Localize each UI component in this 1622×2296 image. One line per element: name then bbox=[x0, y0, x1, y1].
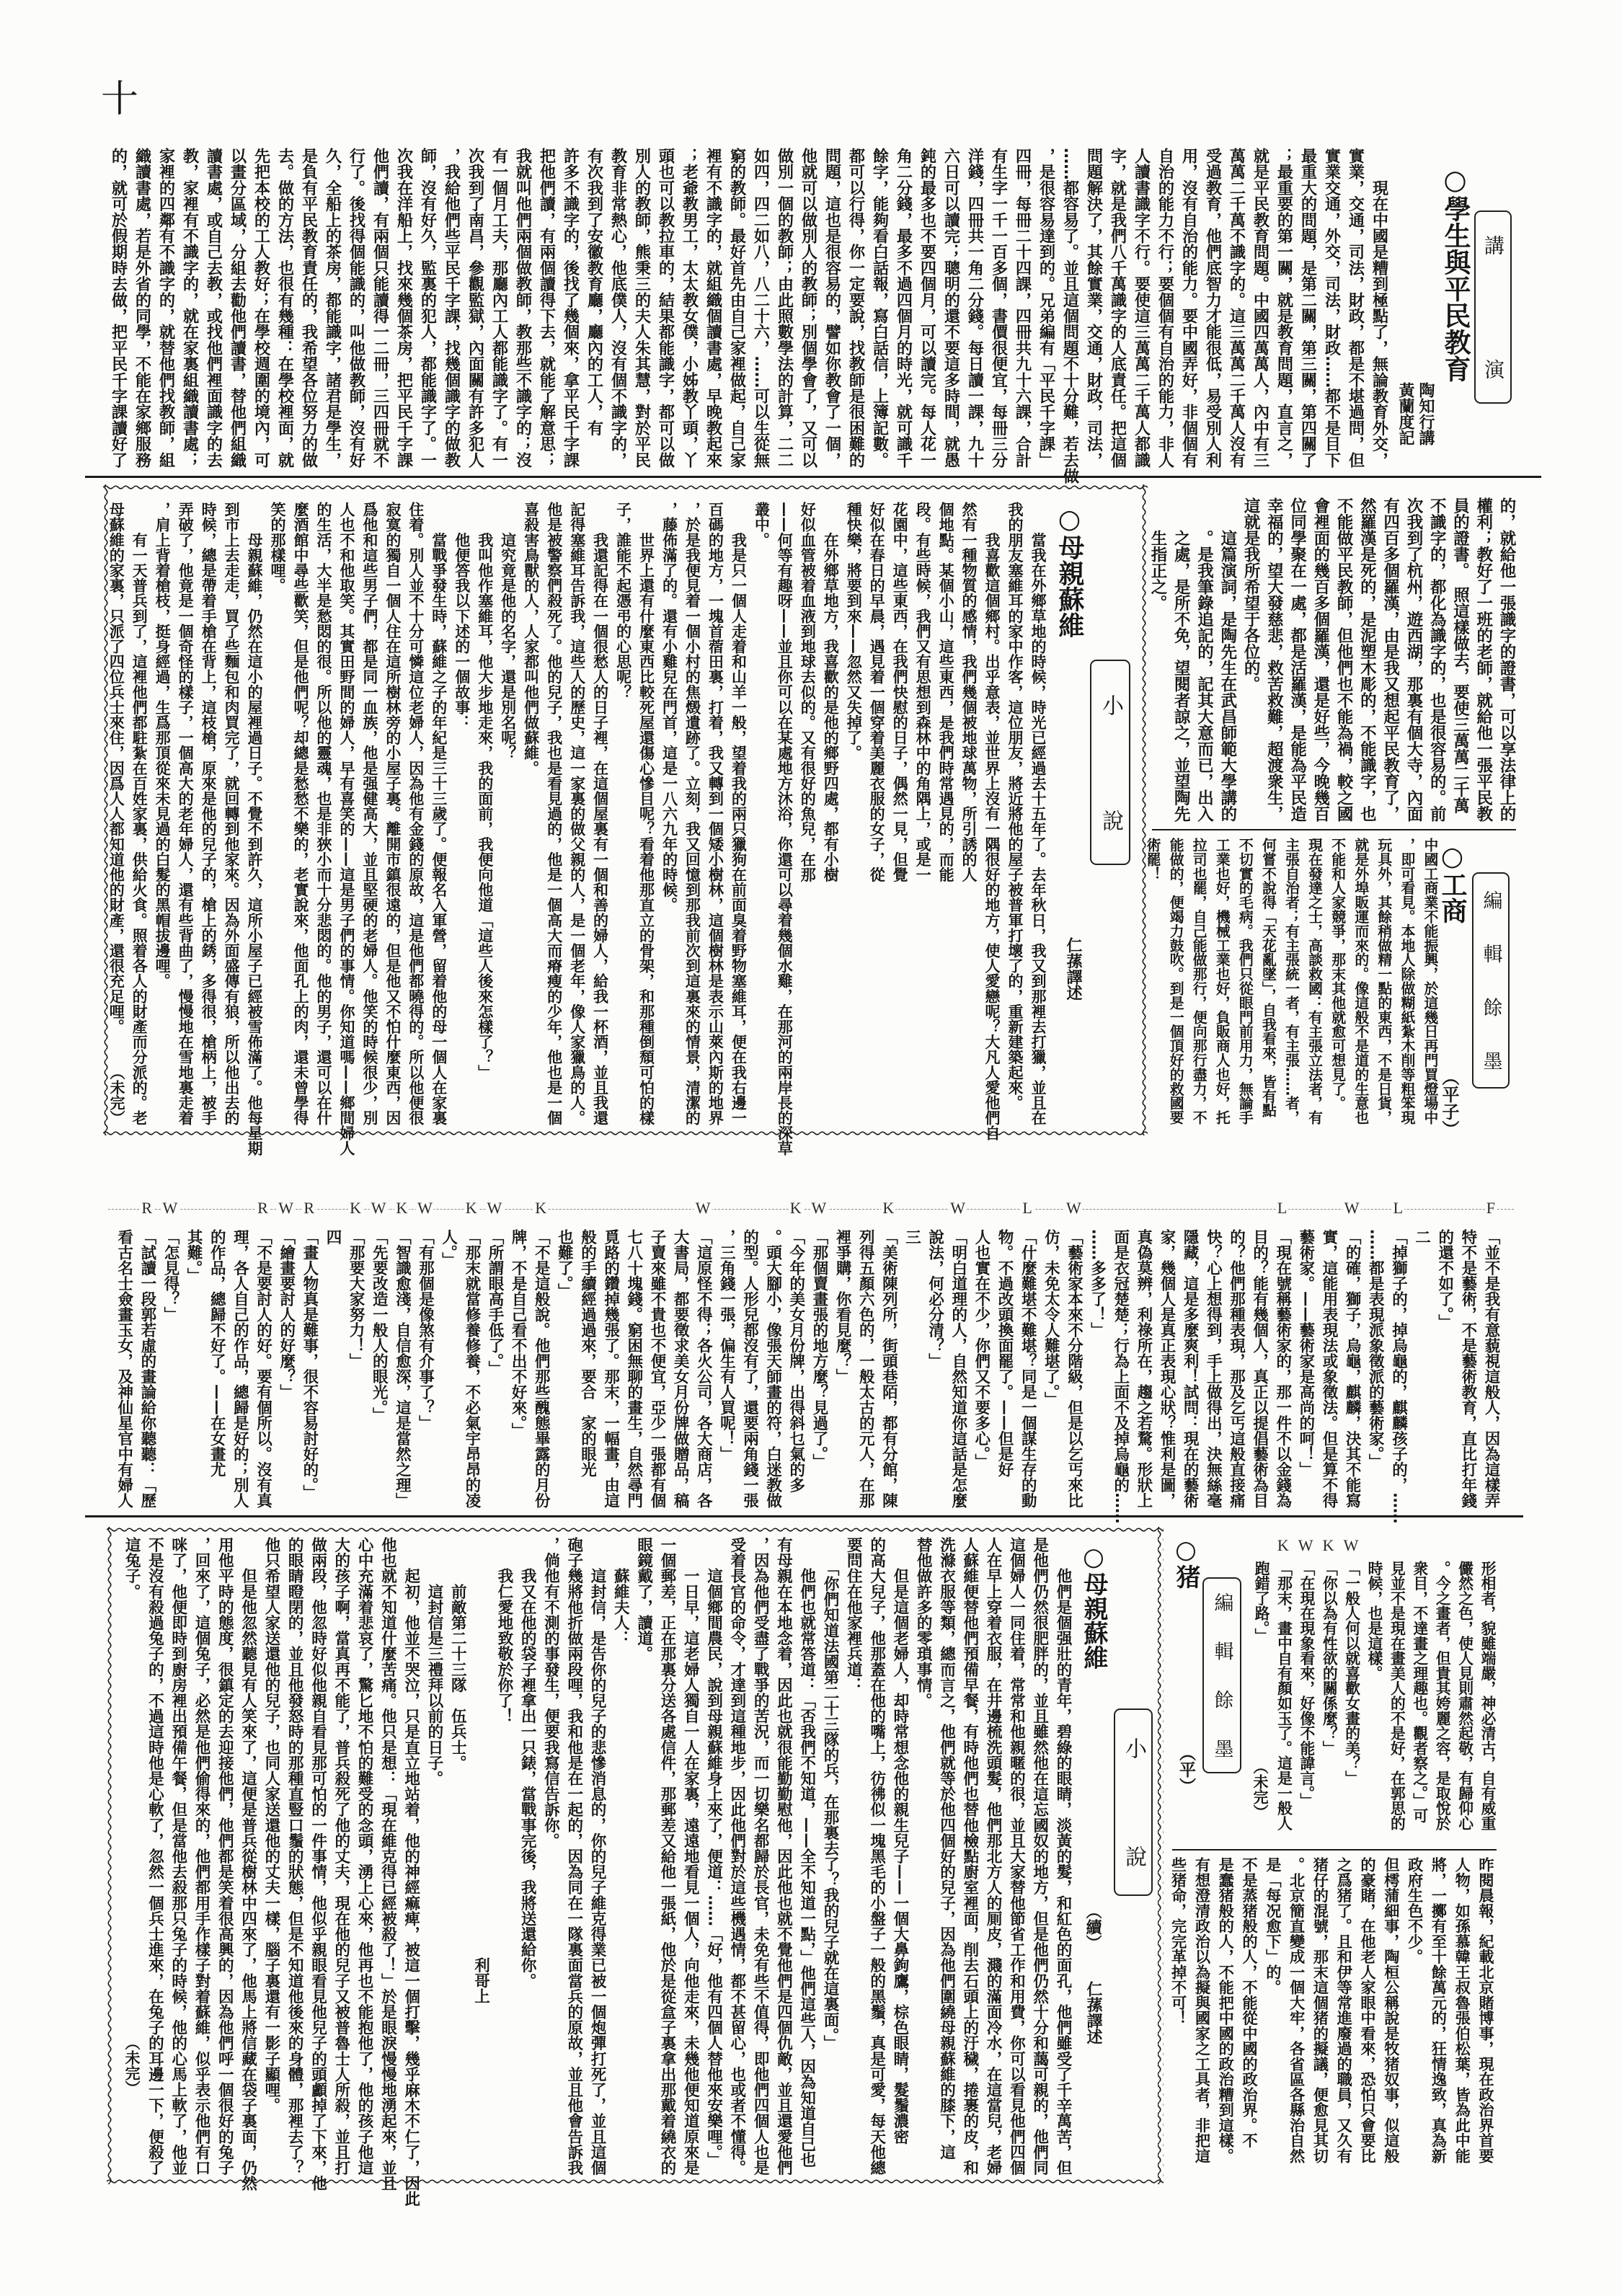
column-text: 的？他們那種表現，那及乞丐這般直接痛 bbox=[1227, 1229, 1245, 1508]
column-text: 員的證書。 照這樣做去，要使三萬萬二千萬 bbox=[1450, 497, 1469, 814]
text-column: 用，沒有自治的能力。要中國弄好，非個個有 bbox=[1176, 148, 1200, 469]
speaker-letter: W bbox=[1343, 1200, 1361, 1216]
text-column: 現在發達之士，高談救國：有主張立法者，有 bbox=[1303, 838, 1326, 1125]
text-column: 做別一個的教師；由此照數學法的計算，二二 bbox=[772, 148, 796, 469]
text-column: 用他平時的態度，很鎮定的去迎接他們，他們都是笑着很高興的，因為他們呼一個很好的兔… bbox=[213, 1537, 236, 2176]
column-text: ，肩上背着槍枝，挺身經過，生爲那頂從來未見過的白髮的黑帽拔邊哩。 bbox=[154, 502, 172, 988]
text-column: 人讀書識字不行。要使這三萬萬二千萬人都識 bbox=[1129, 148, 1153, 469]
column-text: 「美術陳列所，街頭巷陌，都有分館，陳 bbox=[879, 1229, 898, 1508]
column-text: 「的確，獅子，烏龜，麒麟，決其不能寫 bbox=[1343, 1229, 1361, 1508]
column-text: 「這原怪不得；各火公司，各大商店，各 bbox=[694, 1229, 712, 1508]
text-column: 家裡的四鄰有不識字的，就替他們找教師，組 bbox=[154, 148, 177, 469]
column-text: 權利；教好了一班的老師，就給他一張平民教 bbox=[1474, 497, 1493, 822]
text-column: 他也就不知道什麼苦痛。他只是想：「現在維克得已經被殺了！」於是眼淚慢慢地湧起來，… bbox=[376, 1537, 399, 2176]
text-column: 三 bbox=[900, 1229, 923, 1508]
art-dialogue-body: 「並不是我有意藐視這般人，因為這樣弄F特不是藝術，不是藝術教育，直比打年錢的還不… bbox=[112, 1229, 1502, 1508]
text-column: 現在中國是糟到極點了，無論教育外交， bbox=[1367, 148, 1391, 469]
text-column: 我還記得在一個很愁人的日子裡，在這個屋裏有一個和善的婦人，給我一杯酒，並且我還 bbox=[589, 502, 612, 1125]
column-text: 前敵第二十三隊 伍兵士。 bbox=[448, 1537, 466, 1770]
column-text: 鈍的最多也不要四個月，可以讀完。每人花一 bbox=[918, 148, 936, 468]
column-text: 不能和人家競爭，那末其他就愈可想見了。 bbox=[1329, 838, 1346, 1110]
column-text: 六日可以讀完；聰明的還不要這多時間，就愚 bbox=[941, 148, 960, 468]
column-text: 最重大的問題，是第二關，第三關，第四關了 bbox=[1298, 148, 1317, 468]
text-column: 咪了，他便即時到廚房裡出預備午餐，但是當他去殺那只兔子的時候，他的心馬上軟了，他… bbox=[166, 1537, 189, 2176]
column-text: 人也實在不少，你們又不要多心。」 bbox=[972, 1229, 991, 1469]
column-text: 。北京簡直變成一個大牢，各省區各縣治自然 bbox=[1288, 1857, 1306, 2163]
text-column: 段。有些時候，我們又有思想到森林中的角隅上，或是一 bbox=[911, 502, 934, 1125]
text-column: 花園中，這些東西，在我們快慰的日子，偶然一見，但覺 bbox=[888, 502, 911, 1125]
speaker-letter: R bbox=[302, 1200, 316, 1216]
column-text: 說法，何必分清？」 bbox=[926, 1229, 944, 1369]
speaker-letter: K bbox=[348, 1200, 363, 1216]
text-column: 的生活，大半是愁悶的很。所以他的靈魂，也是非狹小而十分悲悶的。他的男子，還可以在… bbox=[312, 502, 335, 1125]
column-text: 三 bbox=[903, 1229, 921, 1245]
column-text: 弄破了，他竟是一個奇怪的樣子，一個高大的老年婦人，還有些背曲了，慢慢地在雪地裏走… bbox=[177, 502, 195, 1125]
column-text: ，三角錢一張，偏生有人買呢！」 bbox=[717, 1229, 735, 1462]
text-column: 的？他們那種表現，那及乞丐這般直接痛 bbox=[1224, 1229, 1247, 1508]
column-text: 「不是要討人的好。要有個所以。沒有真 bbox=[254, 1229, 272, 1508]
column-text: 工業也好，機械工業也好，負販商人也好，托 bbox=[1213, 838, 1230, 1125]
column-text: 形相者，貌雖端嚴，神必清古，自有威重 bbox=[1479, 1561, 1496, 1830]
column-text: 他也就不知道什麼苦痛。他只是想：「現在維克得已經被殺了！」於是眼淚慢慢地湧起來，… bbox=[378, 1537, 396, 2191]
text-column: 猪仔的混號，那末這個猪的擬議，便愈見其切 bbox=[1308, 1857, 1331, 2163]
text-column: 這封信是三禮拜以前的日子。 bbox=[422, 1537, 446, 2176]
text-column: ，是很容易達到的。兄弟編有「平民千字課」 bbox=[1034, 148, 1058, 469]
column-text: 教，家裡有不識字的，就在家裏組織讀書處； bbox=[180, 148, 199, 468]
column-text: 「今年的美女月份牌，出得斜乜氣的多 bbox=[787, 1229, 805, 1493]
section-label-text: 講演 bbox=[1483, 235, 1503, 379]
text-column: 百碼的地方，一塊首蓿田裏，打着，我又轉到一個矮小樹林，這個樹林是表示山萊內斯的地… bbox=[704, 502, 727, 1125]
column-text: 但是這個老婦人，却時常想念他的親生兒子——一個大鼻鉤鷹，棕色眼睛，髮鬚濃密 bbox=[891, 1537, 909, 2144]
text-column: 然有一種物質的感情，我們幾個被地球萬物，所引誘的人 bbox=[957, 502, 980, 1125]
column-text: 子賣來雖不貴也不便宜，亞少一張都有個 bbox=[648, 1229, 666, 1508]
text-column: 把他們讀，有兩個讀得下去，就能了解意思； bbox=[534, 148, 558, 469]
column-text: 有一個月工夫，那廳內工人都能識字了。有一 bbox=[489, 148, 508, 468]
to-be-continued: （未完） bbox=[124, 2035, 139, 2096]
column-text: 然羅漢是死的，是泥塑木彫的，不能識字，也 bbox=[1357, 497, 1376, 822]
column-text: 久，全船上的茶房，都能識字，諸君是學生， bbox=[323, 148, 342, 468]
column-text: 四冊，每冊二十四課，四冊共九十六課，合計 bbox=[1013, 148, 1032, 468]
column-text: 次我到了杭州，遊西湖，那裏有個大寺，內面 bbox=[1404, 497, 1423, 822]
column-text: 的高大兒子，他那蓋在他的嘴上，彷彿似一塊黑毛的小盤子一般的黑鬚，真是可愛，每天他… bbox=[868, 1537, 886, 2176]
column-text: 麼酒館中尋些歡笑，但是他們呢？却總是愁愁不樂的，老實說來，他面孔上的肉，還未曾學… bbox=[292, 502, 310, 1125]
column-text: 一個郵差，正在那裏分送各處信件，那郵差又給他一張紙，他於是從盒子裏拿出那戴着繞衣… bbox=[658, 1537, 676, 2176]
column-text: 用，沒有自治的能力。要中國弄好，非個個有 bbox=[1179, 148, 1198, 468]
column-text: 教育非常熱心，他底僕人，沒有個不識字的， bbox=[608, 148, 627, 468]
text-column: 的，就可於假期時去做，把平民千字課讀好了 bbox=[106, 148, 130, 469]
text-column: 實業交通，外交，司法，財政……都不是目下 bbox=[1319, 148, 1343, 469]
column-text: 有母親在本地念着，因此也就很能勤勤慰他，因此他也就不覺他們是四個仇敵，並且還愛他… bbox=[774, 1537, 792, 2176]
column-text: 蘇維夫人： bbox=[611, 1537, 629, 1646]
column-text: 大書局，都要徵求美女月份牌做贈品，稿 bbox=[671, 1229, 689, 1508]
column-text: 咪了，他便即時到廚房裡出預備午餐，但是當他去殺那只兔子的時候，他的心馬上軟了，他… bbox=[169, 1537, 187, 2176]
column-text: 這篇演詞，是陶先生在武昌師範大學講的 bbox=[1218, 497, 1237, 822]
speaker-letter: K bbox=[1321, 1538, 1336, 1553]
column-text: 好似血管被着血液到地球去似的。又有很好的魚兒，在那 bbox=[799, 502, 817, 882]
text-column: ，藤佈滿了的。還有小雞兒在門首，這是一八六九年的時候。 bbox=[658, 502, 681, 1125]
text-column: 人也不和他取笑。其實田野間的婦人，早有喜笑的——這是男子們的事情。你知道嗎——鄉… bbox=[335, 502, 358, 1125]
column-text: 實，這能用表現法或象徵法。但是算不得 bbox=[1320, 1229, 1338, 1508]
text-column: 前敵第二十三隊 伍兵士。 bbox=[446, 1537, 469, 2176]
text-column: 說法，何必分清？」 bbox=[923, 1229, 946, 1508]
text-column: 藝術家。——藝術家是高尚的呵！」 bbox=[1294, 1229, 1317, 1508]
column-text: 「畫人物真是難事，很不容易討好的。」 bbox=[301, 1229, 319, 1500]
text-column: 之爲猪了。且和伊等常進廢過的職員，又久有 bbox=[1331, 1857, 1355, 2163]
column-text: 他只希望人家送還他的兒子，也同人家送還他的丈夫一樣，腦子裏還有一影子顯哩。 bbox=[262, 1537, 280, 2113]
section-label-text: 小說 bbox=[1122, 1737, 1144, 1867]
text-column: 「在現在現象看來，好像不能諱言。」W bbox=[1294, 1561, 1316, 1831]
column-text: 做別一個的教師；由此照數學法的計算，二二 bbox=[775, 148, 794, 468]
column-text: 時候，也是這樣。 bbox=[1365, 1561, 1383, 1680]
text-column: 中國工商業不能振興，於這幾日再門買燈場中 bbox=[1418, 838, 1441, 1125]
column-text: ；最重要的第一關，就是教育問題，直言之， bbox=[1275, 148, 1293, 468]
text-column: 他們讀，有兩個只能讀得一二冊，三四冊就不 bbox=[368, 148, 391, 469]
text-column: ，因為他們受盡了戰爭的苦況，而一切樂名都歸於長官，未免有些不值得，即他們四個人也… bbox=[748, 1537, 771, 2176]
column-text: 一日早，這老婦人獨自一人在家裏，遠遠地看見一個人，向他走來，未幾他便知道原來是 bbox=[681, 1537, 699, 2176]
column-text: 「掉獅子的，掉烏龜的，麒麟孩子的，…… bbox=[1389, 1229, 1407, 1524]
speaker-letter: W bbox=[1297, 1538, 1315, 1553]
section-label-editor-notes: 編輯餘墨 bbox=[1472, 872, 1510, 1089]
column-text: 這兔子。 bbox=[123, 1537, 141, 1599]
text-column: 一日早，這老婦人獨自一人在家裏，遠遠地看見一個人，向他走來，未幾他便知道原來是 bbox=[678, 1537, 701, 2176]
speaker-letter: W bbox=[161, 1200, 180, 1216]
column-text: 幸福的，望大發慈悲，救苦救難，超渡衆生， bbox=[1264, 497, 1283, 822]
column-text: 眼鏡戴了，讀道。 bbox=[635, 1537, 653, 1662]
column-text: 「不是這般說。他們那些醜態畢露的月份 bbox=[532, 1229, 550, 1508]
text-column: 「的確，獅子，烏龜，麒麟，決其不能寫W bbox=[1340, 1229, 1363, 1508]
text-column: 利哥上 bbox=[469, 1537, 492, 2176]
column-text: 四 bbox=[324, 1229, 342, 1245]
column-text: 跑錯了路。」 bbox=[1252, 1561, 1269, 1643]
column-text: 人也不和他取笑。其實田野間的婦人，早有喜笑的——這是男子們的事情。你知道嗎——鄉… bbox=[338, 502, 356, 1156]
novel-translator: 仁蓀譯述 bbox=[1085, 1981, 1101, 2044]
column-text: 裡有不識字的，就組織個讀書處，早晚教起來 bbox=[704, 148, 722, 468]
column-text: 牌，不是自己看不出不好來。」 bbox=[509, 1229, 527, 1438]
text-column: ……都容易了。並且這個問題不十分難，若去做 bbox=[1058, 148, 1081, 469]
text-column: 「繪畫要討人的好麼？」W bbox=[275, 1229, 298, 1508]
column-text: 不切實的毛病。我們只從眼門前用力，無論手 bbox=[1236, 838, 1253, 1125]
text-column: 當戰爭發生時，蘇維之子的年紀是三十三歲了。便報名入軍營，留着他的母一個人在家裏 bbox=[427, 502, 451, 1125]
text-column: 「怎見得？」W bbox=[159, 1229, 182, 1508]
column-text: 大的孩子啊，當真再不能了，普兵殺死了他的丈夫，現在他的兒子又被普魯士人所殺，並且… bbox=[332, 1537, 350, 2176]
text-column: 「你以為有性欲的關係麼？」K bbox=[1317, 1561, 1339, 1831]
column-text: 洋錢，四冊共一角二分錢。每日讀一課，九十 bbox=[965, 148, 984, 468]
text-column: ——何等有趣呀——並且你可以在某處地方沐浴，你還可以尋着幾個水雞，在那河的兩岸長… bbox=[773, 502, 796, 1125]
column-text: 「藝術家本來不分階級，但是以乞丐來比 bbox=[1065, 1229, 1083, 1508]
text-column: 叢中。 bbox=[750, 502, 773, 1125]
text-column: ……都是表現派象徵派的藝術家。」 bbox=[1363, 1229, 1386, 1508]
text-column: 他只希望人家送還他的兒子，也同人家送還他的丈夫一樣，腦子裏還有一影子顯哩。 bbox=[260, 1537, 283, 2176]
text-column: 不是沒有殺過兔子的，不過這時他是心軟了，忽然一個兵士進來，在兔子的耳邊一下，便殺… bbox=[143, 1537, 166, 2176]
text-column: 行了。後找得個能識的，叫他做教師，沒有好 bbox=[344, 148, 368, 469]
column-text: 實業，交通，司法，財政，都是不堪過問，但 bbox=[1346, 148, 1365, 468]
column-text: 子，誰能不起憑弔的心思呢？ bbox=[615, 502, 633, 699]
text-column: 人物，如孫慕韓王叔魯張伯松葉，皆為此中能 bbox=[1449, 1857, 1473, 2163]
column-text: 「現在號稱藝術家的，那一件不以金錢為 bbox=[1274, 1229, 1292, 1508]
column-text: 不能做平民教師，但他們也不能為禍，較之國 bbox=[1334, 497, 1353, 822]
column-text: 頭也可以教拉車的，結果都能識字，都可以做 bbox=[656, 148, 675, 468]
text-column: ；最重要的第一關，就是教育問題，直言之， bbox=[1272, 148, 1295, 469]
column-text: 我仁愛地致敬於你了！ bbox=[495, 1537, 513, 1724]
column-text: 七八十塊錢。窮困無聊的畫生，自然尋門 bbox=[625, 1229, 643, 1508]
text-column: 是負有平民教育責任的，我希望各位努力的做 bbox=[296, 148, 320, 469]
column-text: 他是被警察們殺死了。他的兒子，我也是看見過的，他是一個高大而瘠瘦的少年，他也是一… bbox=[546, 502, 564, 1125]
text-column: 以畫分區域，分組去勸他們讀書，替他們組織 bbox=[225, 148, 249, 469]
text-column: 工業也好，機械工業也好，負販商人也好，托 bbox=[1210, 838, 1233, 1125]
text-column: 七八十塊錢。窮困無聊的畫生，自然尋門 bbox=[622, 1229, 645, 1508]
column-text: 利哥上 bbox=[472, 1957, 490, 2004]
text-column: ，回來了，這個兔子，必然是他們偷得來的，他們都用手作樣子對着蘇維，似乎表示他們有… bbox=[190, 1537, 213, 2176]
column-text: 世界上還有什麼東西比較死屋還傷心慘目呢？看着他那直立的骨架，和那種倒頹可怕的樣 bbox=[638, 502, 656, 1125]
column-text: 之處，是所不免，望閱者諒之，並望陶先 bbox=[1171, 497, 1190, 822]
column-text: 人讀書識字不行。要使這三萬萬二千萬人都識 bbox=[1132, 148, 1151, 468]
text-column: 這就是我所希望于各位的。 bbox=[1239, 497, 1262, 822]
column-text: 術罷！ bbox=[1144, 838, 1161, 881]
text-column: 些猪命，完完革掉不可！ bbox=[1166, 1857, 1189, 2163]
column-text: 這封信是三禮拜以前的日子。 bbox=[425, 1537, 443, 1786]
speaker-letter: K bbox=[881, 1200, 895, 1216]
column-text: 「那要大家努力！」 bbox=[347, 1229, 365, 1369]
column-text: 物。不過改頭換面罷了。——但是好 bbox=[996, 1229, 1014, 1477]
text-column: ，肩上背着槍枝，挺身經過，生爲那頂從來未見過的白髮的黑帽拔邊哩。 bbox=[151, 502, 174, 1125]
column-text: 這個婦人一同住着，常常和他親暱的很，並且大家替他節省工作和用費，你可以看見他們四… bbox=[1007, 1537, 1025, 2176]
column-text: 這究竟是他的名字，還是別名呢？ bbox=[500, 502, 518, 761]
column-text: 他便答我以下述的一個故事： bbox=[453, 502, 471, 730]
text-column: 許多不識字的，後找了幾個來，拿平民千字課 bbox=[558, 148, 582, 469]
text-column: 字，就是我們八千萬識字的人底責任。把這個 bbox=[1105, 148, 1129, 469]
text-column: 六日可以讀完；聰明的還不要這多時間，就愚 bbox=[939, 148, 962, 469]
column-text: 的眼睛瞪閉的，並且他發怒時的那種直豎口鬚的狀態，但是不知道他後來的身體，那裡去了… bbox=[285, 1537, 303, 2176]
text-column: 。頭大腳小，像張天師畫的符，白迷教做 bbox=[761, 1229, 784, 1508]
text-column: 牌，不是自己看不出不好來。」 bbox=[506, 1229, 529, 1508]
text-column: 是「每况愈下」的。 bbox=[1260, 1857, 1284, 2163]
column-text: 昨閱晨報，紀載北京賭博事，現在政治界首要 bbox=[1476, 1857, 1494, 2163]
column-text: 寂寞的獨自一個人住在這所樹林旁的小屋子裏。離開市鎮很遠的，但是他又不怕什麼東西，… bbox=[384, 502, 402, 1125]
text-column: 。是我筆錄追記的，記其大意而已，出入 bbox=[1192, 497, 1215, 822]
section-label-text: 小說 bbox=[1099, 694, 1121, 831]
text-column: 萬萬二千萬不識字的。這三萬萬二千萬人沒有 bbox=[1224, 148, 1248, 469]
text-column: 就是外埠販運而來的。像這般不是道的生意也 bbox=[1349, 838, 1372, 1125]
text-column: 的，就給他一張識字的證書，可以享法律上的 bbox=[1495, 497, 1518, 822]
text-column: 我仁愛地致敬於你了！ bbox=[492, 1537, 515, 2176]
column-text: 「怎見得？」 bbox=[161, 1229, 180, 1322]
speaker-letter: W bbox=[485, 1200, 503, 1216]
text-column: 也難了。」 bbox=[552, 1229, 575, 1508]
column-text: 中國工商業不能振興，於這幾日再門買燈場中 bbox=[1422, 838, 1438, 1125]
text-column: 這究竟是他的名字，還是別名呢？ bbox=[497, 502, 520, 1125]
column-text: 是負有平民教育責任的，我希望各位努力的做 bbox=[299, 148, 318, 468]
column-text: 會裡面的幾百多個羅漢，還是好些，今晚幾百 bbox=[1311, 497, 1330, 822]
text-column: 「試讀一段郭若虛的畫論給你聽聽：「歷R bbox=[136, 1229, 159, 1508]
text-column: 的高大兒子，他那蓋在他的嘴上，彷彿似一塊黑毛的小盤子一般的黑鬚，真是可愛，每天他… bbox=[864, 1537, 887, 2176]
column-text: 隱藏，這是多麼爽利！試問：現在的藝術 bbox=[1181, 1229, 1199, 1508]
column-text: 段。有些時候，我們又有思想到森林中的角隅上，或是一 bbox=[914, 502, 932, 882]
speaker-letter: W bbox=[277, 1200, 295, 1216]
column-text: 我還記得在一個很愁人的日子裡，在這個屋裏有一個和善的婦人，給我一杯酒，並且我還 bbox=[592, 502, 610, 1125]
text-column: ，我給他們些平民千字課，找幾個識字的做教 bbox=[439, 148, 463, 469]
text-column: 術罷！ bbox=[1140, 838, 1164, 1125]
text-column: 教，家裡有不識字的，就在家裏組織讀書處； bbox=[177, 148, 201, 469]
column-text: 能做的，便竭力鼓吹。到是一個頂好的救國要 bbox=[1167, 838, 1184, 1125]
column-text: 。今之畫者，但貴其姱麗之容，是取悅於 bbox=[1433, 1561, 1450, 1830]
column-text: 藝術家。——藝術家是高尚的呵！」 bbox=[1297, 1229, 1315, 1477]
text-column: 般的手續經過過來，要合 家的眼光 bbox=[575, 1229, 598, 1508]
text-column: 「掉獅子的，掉烏龜的，麒麟孩子的，……L bbox=[1386, 1229, 1409, 1508]
column-text: 有生字一千一百多個，書價很便宜，每冊三分 bbox=[989, 148, 1008, 468]
text-column: 好似在春日的早晨，遇見着一個穿着美麗衣服的女子，從 bbox=[865, 502, 888, 1125]
column-text: 我叫他作塞維耳，他大步地走來，我的面前，我便向他道「這些人後來怎樣了？」 bbox=[477, 502, 495, 1080]
text-column: 「先要改造一般人的眼光。」W bbox=[367, 1229, 390, 1508]
text-column: 權利；教好了一班的老師，就給他一張平民教 bbox=[1471, 497, 1494, 822]
column-text: ——何等有趣呀——並且你可以在某處地方沐浴，你還可以尋着幾個水雞，在那河的兩岸長… bbox=[776, 502, 794, 1156]
text-column: 「美術陳列所，街頭巷陌，都有分館，陳K bbox=[877, 1229, 900, 1508]
column-text: 家，幾個人是真正表現心狀？惟利是圖， bbox=[1158, 1229, 1176, 1508]
speaker-letter: W bbox=[1342, 1538, 1360, 1553]
text-column: 在外鄉草地方，我喜歡的是他的鄉野四處，都有小樹 bbox=[819, 502, 842, 1125]
column-text: 替他做許多的零瑣事情。 bbox=[914, 1537, 932, 1708]
text-column: 好似血管被着血液到地球去似的。又有很好的魚兒，在那 bbox=[796, 502, 819, 1125]
column-text: 師，沒有好久，監裏的犯人，都能識字了。一 bbox=[418, 148, 437, 468]
column-text: 當戰爭發生時，蘇維之子的年紀是三十三歲了。便報名入軍營，留着他的母一個人在家裏 bbox=[430, 502, 448, 1125]
text-column: 何嘗不說得「天花亂墜」，自我看來，皆有點 bbox=[1256, 838, 1279, 1125]
art-dialogue-continuation-body: 形相者，貌雖端嚴，神必清古，自有威重儼然之色，使人見則肅然起敬，有歸仰心。今之畫… bbox=[1249, 1561, 1498, 1831]
column-text: ，因為他們受盡了戰爭的苦況，而一切樂名都歸於長官，未免有些不值得，即他們四個人也… bbox=[751, 1537, 769, 2176]
column-text: 要問住在他家裡兵道： bbox=[844, 1537, 862, 1693]
text-column: 的型。人形兒都沒有了，還要兩角錢一張 bbox=[737, 1229, 761, 1508]
text-column: 時候，總是帶着手槍在背上，這枝槍，原來是他的兒子的，槍上的銹，多得很，槍柄上，被… bbox=[197, 502, 220, 1125]
text-column: 一個郵差，正在那裏分送各處信件，那郵差又給他一張紙，他於是從盒子裏拿出那戴着繞衣… bbox=[655, 1537, 678, 2176]
text-column: 但是他忽然聽見有人笑來了，這便是普兵從樹林中四來了，他馬上將信藏在袋子裏面，仍然 bbox=[236, 1537, 259, 2176]
column-text: 生指正之。 bbox=[1148, 497, 1167, 611]
text-column: 之處，是所不免，望閱者諒之，並望陶先 bbox=[1169, 497, 1192, 822]
text-column: 蘇維夫人： bbox=[608, 1537, 631, 2176]
text-column: 是他們仍然很肥胖的，並且雖然他在這忘國奴的地方，但是他們仍然十分和藹可親的，他們… bbox=[1027, 1537, 1050, 2176]
novel-body: 當我在外鄉草地的時候，時光已經過去十五年了。去年秋日，我又到那裡去打獵，並且在我… bbox=[105, 502, 1050, 1125]
text-column: 看古名士僉畫玉女，及神仙星官中有婦人 bbox=[112, 1229, 136, 1508]
text-column: 都可以行得，你一定要說，找教師是很困難的 bbox=[843, 148, 867, 469]
text-column: 儼然之色，使人見則肅然起敬，有歸仰心 bbox=[1453, 1561, 1475, 1831]
column-text: 問題，這也是很容易的，譬如你教會了一個， bbox=[823, 148, 841, 468]
column-text: 人蘇維便替他們預備早餐，有時他們也替他檢點廚室裡面，削去石頭上的汙穢，捲裹的皮，… bbox=[961, 1537, 979, 2176]
column-text: 把他們讀，有兩個讀得下去，就能了解意思； bbox=[537, 148, 556, 468]
column-text: 「在現在現象看來，好像不能諱言。」 bbox=[1298, 1561, 1315, 1808]
text-column: 我就叫他們兩個做教師，教那些不識字的；沒 bbox=[510, 148, 534, 469]
column-text: 政府生色不少。 bbox=[1406, 1857, 1424, 1964]
text-column: 物。不過改頭換面罷了。——但是好 bbox=[993, 1229, 1016, 1508]
section-label-text: 編輯餘墨 bbox=[1213, 1592, 1232, 1758]
column-text: 有次我到了安徽教育廳，廳內的工人，有 bbox=[585, 148, 603, 436]
text-column: ……多多了！」 bbox=[1085, 1229, 1108, 1508]
text-column: 實，這能用表現法或象徵法。但是算不得 bbox=[1317, 1229, 1340, 1508]
column-text: 些猪命，完完革掉不可！ bbox=[1169, 1857, 1187, 2026]
column-text: 儼然之色，使人見則肅然起敬，有歸仰心 bbox=[1456, 1561, 1473, 1830]
section-label-novel: 小說 bbox=[1114, 1708, 1153, 1896]
note-byline: （平子） bbox=[1440, 1068, 1458, 1138]
speaker-letter: K bbox=[464, 1200, 479, 1216]
text-column: 眼鏡戴了，讀道。 bbox=[631, 1537, 655, 2176]
column-text: 仿，未免太令人難堪了。」 bbox=[1042, 1229, 1060, 1407]
text-column: 二 bbox=[1409, 1229, 1432, 1508]
novel-title: ○母親蘇維 bbox=[1056, 505, 1082, 638]
column-text: 的，就給他一張識字的證書，可以享法律上的 bbox=[1497, 497, 1516, 822]
text-column: 爲他和這些男子們，都是同一血族，他是强健高大，並且堅硬的老婦人。他笑的時候很少，… bbox=[358, 502, 381, 1125]
text-column: 弄破了，他竟是一個奇怪的樣子，一個高大的老年婦人，還有些背曲了，慢慢地在雪地裏走… bbox=[174, 502, 197, 1125]
column-text: 個地點。某個小山，這些東西，是我們時常遇見的，而能 bbox=[937, 502, 955, 882]
text-column: 問題解決了，其餘實業，交通，財政，司法， bbox=[1081, 148, 1105, 469]
column-text: 實業交通，外交，司法，財政……都不是目下 bbox=[1322, 148, 1341, 468]
column-text: ……都容易了。並且這個問題不十分難，若去做 bbox=[1060, 148, 1079, 484]
column-text: 是「每况愈下」的。 bbox=[1264, 1857, 1282, 1995]
text-column: 砲子幾將他折做兩段哩，我和他是在一起的，因為同在一隊裏面當兵的原故，並且他會告訴… bbox=[562, 1537, 585, 2176]
horizontal-rule bbox=[1172, 1849, 1497, 1850]
column-text: 時候，總是帶着手槍在背上，這枝槍，原來是他的兒子的，槍上的銹，多得很，槍柄上，被… bbox=[200, 502, 218, 1125]
column-text: 「繪畫要討人的好麼？」 bbox=[278, 1229, 296, 1400]
column-text: 「那個賣畫張的地方麼？見過了。」 bbox=[810, 1229, 828, 1469]
speaker-letter: K bbox=[533, 1200, 548, 1216]
text-column: 「那末，畫中自有顏如玉了。這是一般人K bbox=[1272, 1561, 1294, 1831]
speaker-letter: W bbox=[949, 1200, 967, 1216]
text-column: 「有那個是像煞有介事了？」W bbox=[413, 1229, 436, 1508]
text-column: 的還不如了。」 bbox=[1433, 1229, 1456, 1508]
text-column: 這個鄉間農民，說到母親蘇維身上來了，便道：……「好，他有四個人替他來安樂哩。」 bbox=[701, 1537, 724, 2176]
column-text: 次我在洋船上，找來幾個茶房，把平民千字課 bbox=[394, 148, 413, 468]
text-column: 特不是藝術，不是藝術教育，直比打年錢 bbox=[1456, 1229, 1479, 1508]
text-column: 「所謂眼高手低了。」W bbox=[483, 1229, 506, 1508]
text-column: 洗滌衣服等類，總而言之，他們就等於他四個好的兒子，因為他們圍繞母親蘇維的膝下，這 bbox=[934, 1537, 957, 2176]
text-column: 笑的那樣哩。 bbox=[266, 502, 289, 1125]
column-text: 受着長官的命令，才達到這種地步，因此他們對於這些機遇情，都不甚留心，也或者不懂得… bbox=[728, 1537, 746, 2176]
text-column: 餘字，能夠看白話報，寫白話信，上簿記數。 bbox=[867, 148, 891, 469]
speaker-letter: L bbox=[1276, 1200, 1288, 1216]
text-column: 真偽莫辨，利祿所在，趨之若騖。形狀上 bbox=[1132, 1229, 1155, 1508]
text-column: 其難。」 bbox=[182, 1229, 205, 1508]
column-text: ，倘他有不測的事發生，便要我寫信告訴你。 bbox=[541, 1537, 559, 1848]
column-text: 「有那個是像煞有介事了？」 bbox=[417, 1229, 435, 1431]
text-column: 的作品，總歸不好了。——在女畫尤 bbox=[205, 1229, 228, 1508]
column-text: 喜殺害鳥獸的人，人家都叫他們做蘇維。 bbox=[523, 502, 541, 776]
column-text: 也難了。」 bbox=[555, 1229, 573, 1299]
column-text: 爲他和這些男子們，都是同一血族，他是强健高大，並且堅硬的老婦人。他笑的時候很少，… bbox=[361, 502, 379, 1125]
text-column: 大書局，都要徵求美女月份牌做贈品，稿 bbox=[668, 1229, 691, 1508]
text-column: 幸福的，望大發慈悲，救苦救難，超渡衆生， bbox=[1262, 497, 1285, 822]
text-column: ，即可看見。本地人除做糊紙紮木削等粗笨現 bbox=[1395, 838, 1418, 1125]
text-column: 但樗蒲細事，陶桓公稱說是牧猪奴事，似這般 bbox=[1378, 1857, 1402, 2163]
text-column: 次我到了杭州，遊西湖，那裏有個大寺，內面 bbox=[1402, 497, 1425, 822]
text-column: 有次我到了安徽教育廳，廳內的工人，有 bbox=[582, 148, 606, 469]
column-text: 裡爭購，你看見麼？」 bbox=[833, 1229, 851, 1384]
text-column: ，於是我便見着一個小村的焦燬遺跡了。立刻，我又回憶到那我前次到這裏來的情景，清潔… bbox=[681, 502, 704, 1125]
column-text: ，即可看見。本地人除做糊紙紮木削等粗笨現 bbox=[1399, 838, 1415, 1125]
speaker-letter: F bbox=[1485, 1200, 1497, 1216]
text-column: 會裡面的幾百多個羅漢，還是好些，今晚幾百 bbox=[1309, 497, 1332, 822]
column-text: 有一天普兵到了，這裡他們都駐紮在百姓家裏，供給火食。照着各人的財產而分派的。老 bbox=[130, 502, 149, 1125]
column-text: 快？心上想得到，手上做得出，決無絲毫 bbox=[1204, 1229, 1222, 1508]
text-column: 理，各人自己的作品，總歸是好的；別人 bbox=[228, 1229, 251, 1508]
text-column: 「不是這般說。他們那些醜態畢露的月份K bbox=[529, 1229, 552, 1508]
column-text: 織讀書處，若是外省的同學，不能在家鄉服務 bbox=[133, 148, 151, 468]
text-column: 形相者，貌雖端嚴，神必清古，自有威重 bbox=[1476, 1561, 1498, 1831]
text-column: 位同學聚在一處，都是活羅漢，是能為平民造 bbox=[1285, 497, 1308, 822]
text-column: 「明白道理的人，自然知道你這話是怎麼W bbox=[947, 1229, 970, 1508]
column-text: 「並不是我有意藐視這般人，因為這樣弄 bbox=[1482, 1229, 1500, 1508]
text-column: 我又在他的袋子裡拿出一只錶，當戰事完後，我將送還給你。 bbox=[515, 1537, 539, 2176]
text-column: 這篇演詞，是陶先生在武昌師範大學講的 bbox=[1216, 497, 1239, 822]
column-text: 現在中國是糟到極點了，無論教育外交， bbox=[1370, 148, 1388, 468]
text-column: 不是蒸猪般的人，不能從中國的政治界。不 bbox=[1236, 1857, 1260, 2163]
column-text: 覓路的鑽掉幾張了。那末，一幅畫，由這 bbox=[602, 1229, 620, 1508]
text-column: 「你們知道法國第二十三隊的兵，在那裏去了？我的兒子就在這裏面。」 bbox=[818, 1537, 841, 2176]
column-text: 次我到了南昌，參觀監獄，內面關有許多犯人 bbox=[466, 148, 484, 468]
